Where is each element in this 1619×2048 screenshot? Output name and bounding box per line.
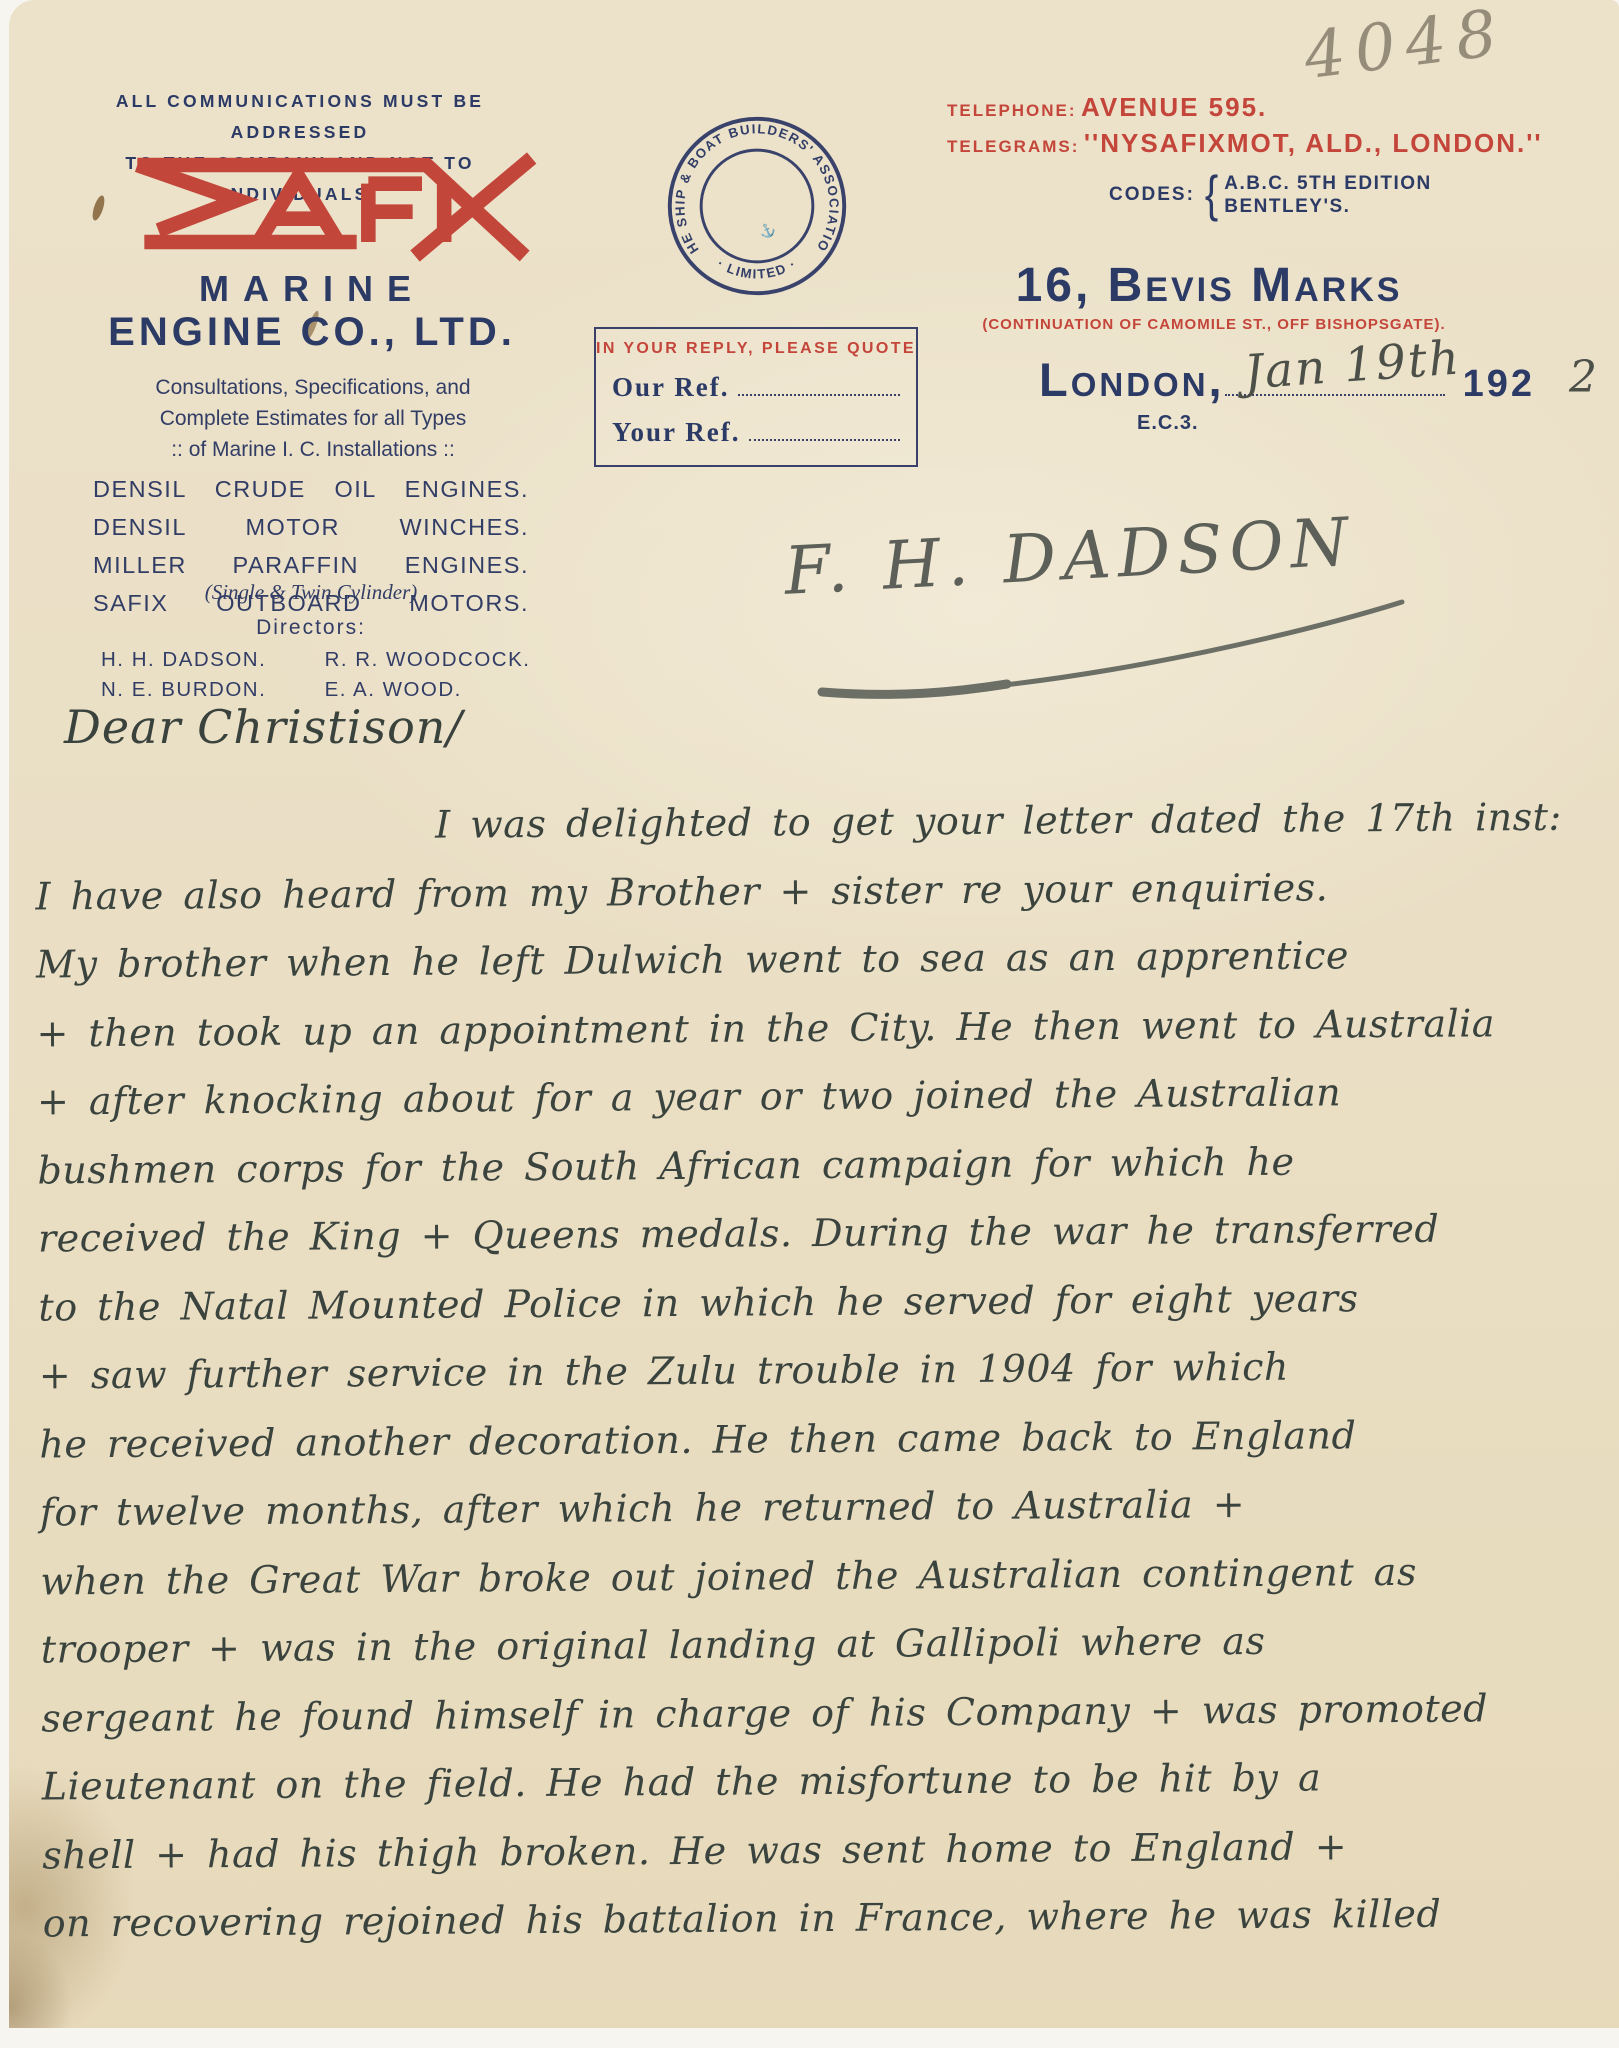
letter-line: Lieutenant on the field. He had the misf… (42, 1754, 1608, 1833)
pencil-underline-flourish (777, 580, 1427, 710)
our-ref-row: Our Ref. (612, 372, 900, 403)
codes-list: A.B.C. 5TH EDITION BENTLEY'S. (1224, 172, 1432, 218)
printed-year: 192 (1463, 363, 1535, 406)
our-ref-label: Our Ref. (612, 372, 730, 403)
product-item: MILLER PARAFFIN ENGINES. (93, 546, 529, 584)
letter-line: when the Great War broke out joined the … (40, 1548, 1606, 1627)
your-ref-field (749, 419, 901, 441)
services-line: :: of Marine I. C. Installations :: (93, 434, 533, 465)
letter-line: he received another decoration. He then … (39, 1411, 1605, 1490)
director-name: N. E. BURDON. (101, 678, 325, 702)
letter-paper: ALL COMMUNICATIONS MUST BE ADDRESSED TO … (9, 0, 1619, 2028)
director-name: R. R. WOODCOCK. (325, 648, 531, 672)
anchor-icon: ⚓ (757, 220, 780, 241)
letter-line: for twelve months, after which he return… (40, 1480, 1606, 1559)
letter-line: My brother when he left Dulwich went to … (36, 932, 1602, 1011)
seal-text-top-path: THE SHIP & BOAT BUILDERS' ASSOCIATION (659, 108, 842, 256)
director-name: E. A. WOOD. (325, 678, 531, 702)
reply-box-title: IN YOUR REPLY, PLEASE QUOTE (596, 340, 916, 358)
telegrams-value: ''NYSAFIXMOT, ALD., LONDON.'' (1084, 128, 1543, 158)
letter-line: I was delighted to get your letter dated… (35, 795, 1601, 874)
logo-f-stroke (368, 184, 422, 242)
letter-line: bushmen corps for the South African camp… (37, 1137, 1603, 1216)
letter-line: + saw further service in the Zulu troubl… (39, 1343, 1605, 1422)
telephone-value: AVENUE 595. (1081, 92, 1267, 122)
seal-text-top: THE SHIP & BOAT BUILDERS' ASSOCIATION (659, 108, 842, 256)
letter-line: I have also heard from my Brother + sist… (35, 863, 1601, 942)
services-line: Complete Estimates for all Types (93, 403, 533, 434)
handwritten-year-digit: 2 (1569, 352, 1597, 403)
safix-logo (121, 148, 541, 266)
our-ref-field (738, 374, 901, 396)
your-ref-label: Your Ref. (612, 417, 741, 448)
products-note: (Single & Twin Cylinder) (93, 580, 529, 605)
letter-line: on recovering rejoined his battalion in … (43, 1891, 1609, 1970)
street-address: 16, Bevis Marks (959, 258, 1459, 313)
director-name: H. H. DADSON. (101, 648, 325, 672)
company-name-line2: ENGINE CO., LTD. (77, 310, 547, 355)
services-description: Consultations, Specifications, and Compl… (93, 372, 533, 465)
city-label: London, (1039, 352, 1225, 407)
letter-line: shell + had his thigh broken. He was sen… (42, 1822, 1608, 1901)
seal-text-bottom-path: · LIMITED · (715, 256, 800, 282)
code-item: BENTLEY'S. (1224, 195, 1432, 218)
directors-label: Directors: (93, 616, 529, 640)
street-address-note: (CONTINUATION OF CAMOMILE ST., OFF BISHO… (959, 316, 1469, 333)
reply-reference-box: IN YOUR REPLY, PLEASE QUOTE Our Ref. You… (594, 327, 918, 467)
letter-body: I was delighted to get your letter dated… (35, 795, 1609, 1970)
pencil-archive-number: 4048 (1300, 0, 1510, 94)
seal-inner-ring (701, 150, 813, 262)
letter-line: + after knocking about for a year or two… (37, 1069, 1603, 1148)
services-line: Consultations, Specifications, and (93, 372, 533, 403)
letter-salutation: Dear Christison/ (64, 700, 463, 754)
product-item: DENSIL MOTOR WINCHES. (93, 508, 529, 546)
telegrams-row: TELEGRAMS: ''NYSAFIXMOT, ALD., LONDON.'' (947, 128, 1543, 159)
product-item: DENSIL CRUDE OIL ENGINES. (93, 470, 529, 508)
postal-district: E.C.3. (1137, 412, 1199, 435)
company-name-line1: MARINE (97, 268, 527, 310)
telephone-label: TELEPHONE: (947, 101, 1077, 120)
letter-line: to the Natal Mounted Police in which he … (38, 1274, 1604, 1353)
logo-a-stroke (259, 177, 338, 242)
codes-label: CODES: (1109, 184, 1195, 206)
letter-line: sergeant he found himself in charge of h… (41, 1685, 1607, 1764)
your-ref-row: Your Ref. (612, 417, 900, 448)
codes-row: CODES: { A.B.C. 5TH EDITION BENTLEY'S. (1109, 172, 1432, 218)
letter-line: received the King + Queens medals. Durin… (38, 1206, 1604, 1285)
code-item: A.B.C. 5TH EDITION (1224, 172, 1432, 195)
directors-list: H. H. DADSON. R. R. WOODCOCK. N. E. BURD… (101, 648, 531, 702)
ship-boat-builders-association-seal: THE SHIP & BOAT BUILDERS' ASSOCIATION · … (659, 108, 855, 304)
telephone-row: TELEPHONE: AVENUE 595. (947, 92, 1267, 123)
telegrams-label: TELEGRAMS: (947, 137, 1079, 156)
logo-s-stroke (137, 165, 237, 230)
notice-line1: ALL COMMUNICATIONS MUST BE ADDRESSED (61, 86, 539, 148)
scanned-letter-page: { "letterhead": { "notice_line1": "ALL C… (0, 0, 1619, 2048)
seal-text-bottom: · LIMITED · (715, 256, 800, 282)
letter-line: + then took up an appointment in the Cit… (36, 1000, 1602, 1079)
codes-brace: { (1205, 167, 1218, 223)
letter-line: trooper + was in the original landing at… (41, 1617, 1607, 1696)
